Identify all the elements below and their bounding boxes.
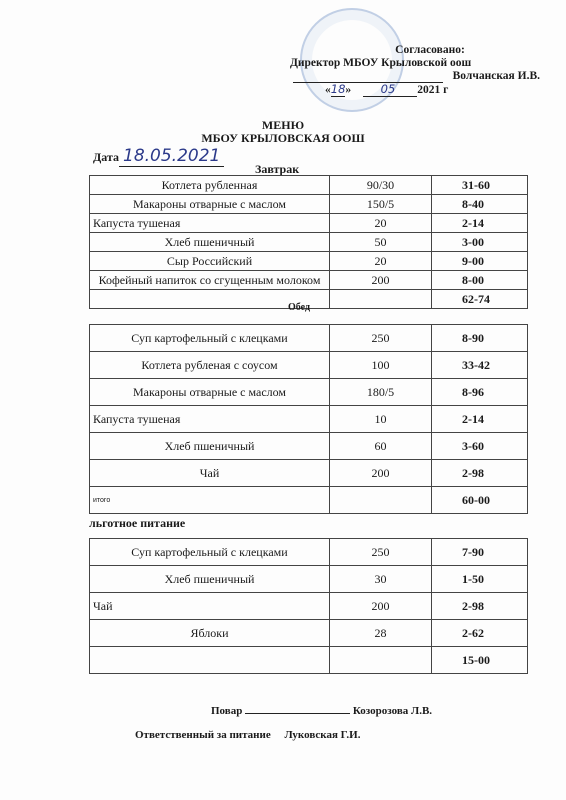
portion-weight [330,290,432,309]
dish-price: 3-60 [432,433,528,460]
cook-label: Повар [211,705,242,717]
dish-name: итого [90,487,330,514]
dish-price: 9-00 [432,252,528,271]
dish-name: Чай [90,460,330,487]
menu-row: итого60-00 [90,487,528,514]
menu-row: Макароны отварные с маслом150/58-40 [90,195,528,214]
portion-weight: 28 [330,620,432,647]
menu-row: Капуста тушеная102-14 [90,406,528,433]
dish-price: 2-14 [432,214,528,233]
dish-name: Суп картофельный с клецками [90,325,330,352]
dish-name: Макароны отварные с маслом [90,195,330,214]
dish-name: Хлеб пшеничный [90,566,330,593]
dish-name: Хлеб пшеничный [90,433,330,460]
responsible-person: Ответственный за питание Луковская Г.И. [135,729,360,741]
dish-price: 3-00 [432,233,528,252]
menu-row: Котлета рубленная90/3031-60 [90,176,528,195]
menu-row: 15-00 [90,647,528,674]
portion-weight: 180/5 [330,379,432,406]
dish-price: 8-40 [432,195,528,214]
lunch-table: Суп картофельный с клецками2508-90Котлет… [89,324,528,514]
lunch-title: Обед [288,302,310,313]
approval-day: 18 [331,82,346,97]
benefit-title: льготное питание [89,516,185,531]
portion-weight: 250 [330,539,432,566]
menu-date: Дата18.05.2021 [93,146,224,166]
portion-weight: 100 [330,352,432,379]
menu-row: Сыр Российский209-00 [90,252,528,271]
cook-signature: Повар Козорозова Л.В. [211,703,432,717]
date-value: 18.05.2021 [119,146,224,167]
portion-weight: 30 [330,566,432,593]
menu-row: Капуста тушеная202-14 [90,214,528,233]
portion-weight: 200 [330,271,432,290]
dish-name [90,647,330,674]
dish-name: Сыр Российский [90,252,330,271]
cook-name: Козорозова Л.В. [353,705,432,717]
dish-name: Суп картофельный с клецками [90,539,330,566]
portion-weight: 20 [330,252,432,271]
dish-name: Кофейный напиток со сгущенным молоком [90,271,330,290]
dish-name: Котлета рубленная [90,176,330,195]
dish-price: 33-42 [432,352,528,379]
menu-row: Кофейный напиток со сгущенным молоком200… [90,271,528,290]
portion-weight: 90/30 [330,176,432,195]
school-name: МБОУ КРЫЛОВСКАЯ ООШ [0,131,566,146]
menu-row: Чай2002-98 [90,460,528,487]
menu-row: Макароны отварные с маслом180/58-96 [90,379,528,406]
portion-weight: 150/5 [330,195,432,214]
menu-row: Яблоки282-62 [90,620,528,647]
menu-row: Котлета рубленая с соусом10033-42 [90,352,528,379]
dish-price: 8-96 [432,379,528,406]
dish-price: 2-98 [432,460,528,487]
portion-weight: 10 [330,406,432,433]
breakfast-table: Котлета рубленная90/3031-60Макароны отва… [89,175,528,309]
portion-weight: 20 [330,214,432,233]
benefit-table: Суп картофельный с клецками2507-90Хлеб п… [89,538,528,674]
dish-name: Капуста тушеная [90,406,330,433]
portion-weight [330,647,432,674]
dish-name: Яблоки [90,620,330,647]
approval-block: Согласовано: Директор МБОУ Крыловской оо… [280,44,540,97]
dish-name: Макароны отварные с маслом [90,379,330,406]
portion-weight: 200 [330,593,432,620]
menu-row: Чай2002-98 [90,593,528,620]
portion-weight: 200 [330,460,432,487]
dish-price: 2-98 [432,593,528,620]
approval-year: 2021 г [417,84,448,96]
dish-price: 31-60 [432,176,528,195]
approval-position: Директор МБОУ Крыловской оош [280,57,540,70]
portion-weight: 250 [330,325,432,352]
menu-row: Хлеб пшеничный603-60 [90,433,528,460]
dish-name: Чай [90,593,330,620]
dish-name: Котлета рубленая с соусом [90,352,330,379]
dish-price: 62-74 [432,290,528,309]
portion-weight: 60 [330,433,432,460]
approval-signer: Волчанская И.В. [453,70,540,83]
cook-signature-line [245,703,350,714]
menu-row: Хлеб пшеничный503-00 [90,233,528,252]
dish-price: 60-00 [432,487,528,514]
approval-month: 05 [363,82,418,97]
dish-name: Хлеб пшеничный [90,233,330,252]
responsible-label: Ответственный за питание [135,729,271,741]
dish-price: 2-14 [432,406,528,433]
dish-price: 2-62 [432,620,528,647]
date-label: Дата [93,150,119,164]
portion-weight: 50 [330,233,432,252]
approval-heading: Согласовано: [280,44,540,57]
dish-name: Капуста тушеная [90,214,330,233]
dish-price: 15-00 [432,647,528,674]
approval-date: «18» 052021 г [280,83,540,97]
menu-row: Хлеб пшеничный301-50 [90,566,528,593]
menu-row: Суп картофельный с клецками2508-90 [90,325,528,352]
dish-price: 7-90 [432,539,528,566]
portion-weight [330,487,432,514]
dish-price: 8-00 [432,271,528,290]
dish-price: 1-50 [432,566,528,593]
menu-row: Суп картофельный с клецками2507-90 [90,539,528,566]
dish-price: 8-90 [432,325,528,352]
responsible-name: Луковская Г.И. [284,729,360,741]
